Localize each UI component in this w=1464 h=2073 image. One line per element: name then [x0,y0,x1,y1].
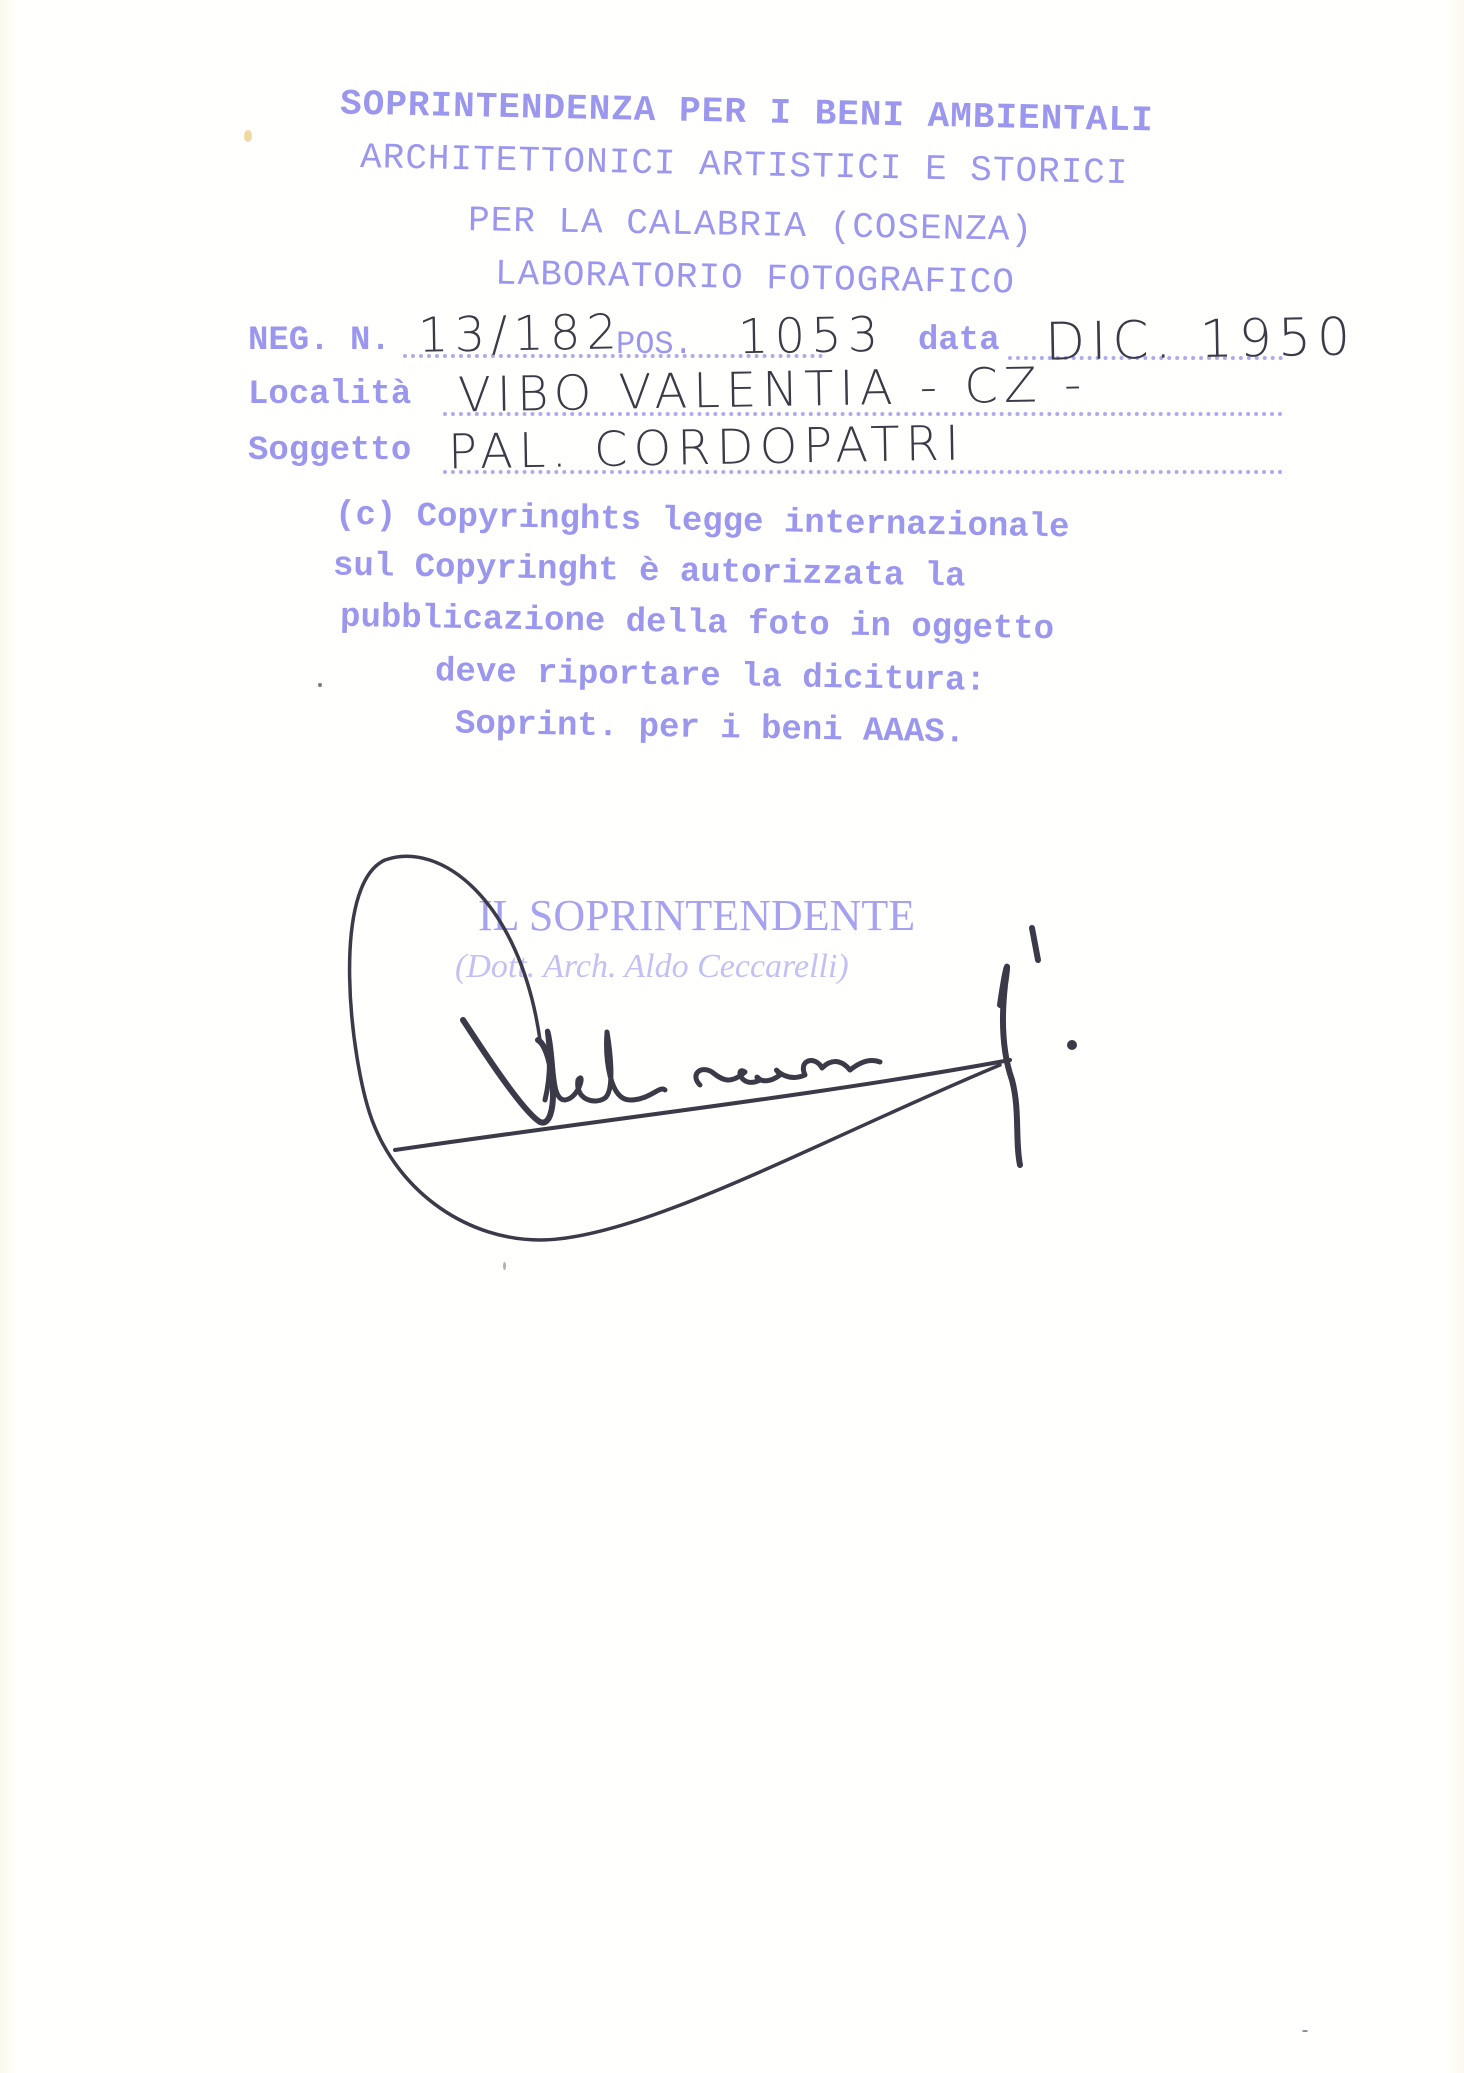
stamp-line-2: ARCHITETTONICI ARTISTICI E STORICI [360,137,1129,194]
data-label: data [918,322,1000,360]
pos-value: 1053 [738,307,885,366]
copyright-line-4: deve riportare la dicitura: [435,653,986,701]
neg-label: NEG. N. [248,322,391,360]
paper-speck [244,130,252,142]
soggetto-label: Soggetto [248,432,411,470]
pos-label: POS. [616,326,693,363]
paper-speck [318,683,322,687]
signature-name: (Dott. Arch. Aldo Ceccarelli) [455,948,849,986]
localita-label: Località [248,376,411,414]
document-page: SOPRINTENDENZA PER I BENI AMBIENTALI ARC… [0,0,1464,2073]
data-value: DIC. 1950 [1045,307,1357,372]
copyright-line-5: Soprint. per i beni AAAS. [455,706,966,753]
signature-title: IL SOPRINTENDENTE [478,890,915,941]
paper-speck [503,1262,506,1270]
stamp-line-4: LABORATORIO FOTOGRAFICO [495,253,1016,303]
copyright-line-3: pubblicazione della foto in oggetto [340,599,1055,649]
neg-value: 13/182 [418,304,624,364]
copyright-line-1: (c) Copyringhts legge internazionale [335,497,1070,548]
copyright-line-2: sul Copyringht è autorizzata la [333,547,966,596]
soggetto-value: PAL. CORDOPATRI [448,415,966,480]
stamp-line-3: PER LA CALABRIA (COSENZA) [468,200,1034,251]
localita-value: VIBO VALENTIA - CZ - [458,357,1088,424]
stamp-line-1: SOPRINTENDENZA PER I BENI AMBIENTALI [340,83,1154,141]
paper-speck [1302,2030,1308,2032]
